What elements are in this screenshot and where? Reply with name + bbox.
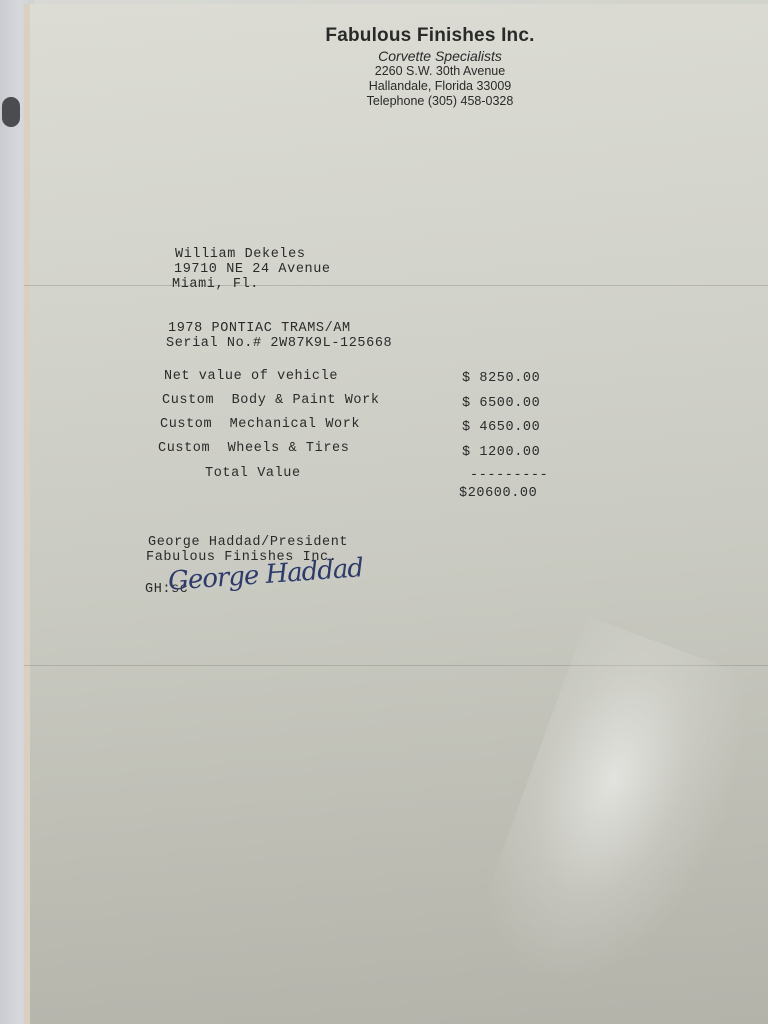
- recipient-city: Miami, Fl.: [172, 277, 259, 292]
- total-rule: ---------: [470, 468, 548, 483]
- line-item-amount: $ 8250.00: [462, 371, 540, 386]
- recipient-name: William Dekeles: [175, 247, 306, 262]
- line-item-label: Custom Wheels & Tires: [158, 441, 349, 456]
- company-telephone: Telephone (305) 458-0328: [310, 94, 570, 109]
- signer-name-title: George Haddad/President: [148, 535, 348, 550]
- line-item-label: Custom Body & Paint Work: [162, 393, 380, 408]
- company-address-line2: Hallandale, Florida 33009: [310, 79, 570, 94]
- company-name: Fabulous Finishes Inc.: [290, 24, 570, 48]
- total-label: Total Value: [205, 466, 301, 481]
- line-item-label: Custom Mechanical Work: [160, 417, 360, 432]
- company-tagline: Corvette Specialists: [310, 48, 570, 64]
- punch-hole: [2, 97, 20, 127]
- line-item-amount: $ 4650.00: [462, 420, 540, 435]
- paper-fold: [24, 285, 768, 286]
- recipient-street: 19710 NE 24 Avenue: [174, 262, 331, 277]
- line-item-amount: $ 6500.00: [462, 396, 540, 411]
- letterhead: Fabulous Finishes Inc. Corvette Speciali…: [290, 24, 570, 109]
- line-item-label: Net value of vehicle: [164, 369, 338, 384]
- company-address-line1: 2260 S.W. 30th Avenue: [310, 64, 570, 79]
- vehicle-description: 1978 PONTIAC TRAMS/AM: [168, 321, 351, 336]
- vehicle-serial: Serial No.# 2W87K9L-125668: [166, 336, 392, 351]
- line-item-amount: $ 1200.00: [462, 445, 540, 460]
- total-amount: $20600.00: [459, 486, 537, 501]
